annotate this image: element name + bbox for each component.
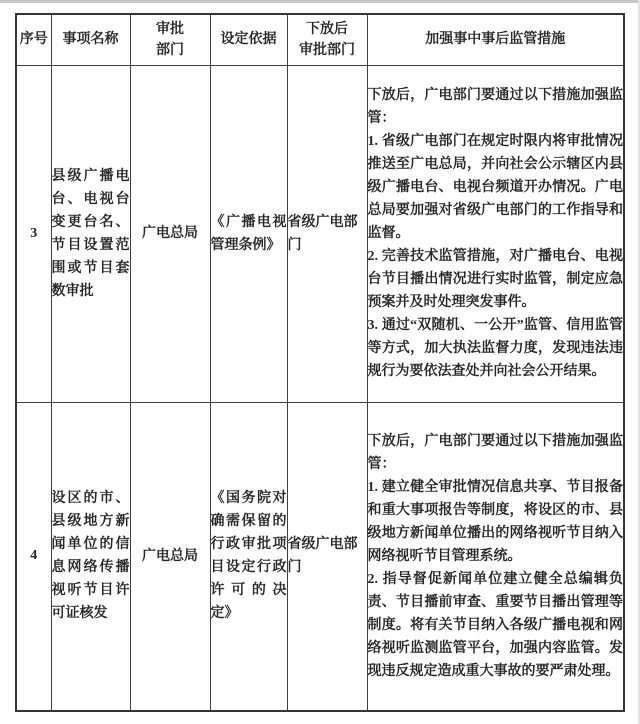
col-header-post-delegation-department: 下放后 审批部门 (287, 14, 367, 65)
table-header-row: 序号 事项名称 审批 部门 设定依据 下放后 审批部门 加强事中事后监管措施 (16, 14, 624, 65)
post-delegation-department-cell: 省级广电部门 (287, 65, 367, 402)
supervision-measures-cell: 下放后，广电部门要通过以下措施加强监管： 1. 省级广电部门在规定时限内将审批情… (367, 65, 624, 402)
measures-item-1: 1. 建立健全审批情况信息共享、节目报备和重大事项报告等制度，将设区的市、县级地… (368, 476, 624, 568)
scan-top-edge (0, 0, 640, 3)
col-header-supervision-measures: 加强事中事后监管措施 (367, 14, 624, 65)
item-name-cell: 县级广播电台、电视台变更台名、节目设置范围或节目套数审批 (51, 65, 130, 402)
measures-item-2: 2. 指导督促新闻单位建立健全总编辑负责、节目播前审查、重要节目播出管理等制度。… (368, 568, 624, 683)
post-delegation-department-cell: 省级广电部门 (287, 402, 367, 711)
col-header-index: 序号 (16, 14, 51, 65)
table-row: 3 县级广播电台、电视台变更台名、节目设置范围或节目套数审批 广电总局 《广播电… (16, 65, 624, 402)
col-header-item-name: 事项名称 (51, 14, 130, 65)
col-header-approval-department: 审批 部门 (130, 14, 210, 65)
supervision-measures-cell: 下放后，广电部门要通过以下措施加强监管： 1. 建立健全审批情况信息共享、节目报… (367, 402, 624, 711)
approval-department-cell: 广电总局 (130, 402, 210, 711)
item-name-cell: 设区的市、县级地方新闻单位的信息网络传播视听节目许可证核发 (51, 402, 130, 711)
measures-intro: 下放后，广电部门要通过以下措施加强监管： (368, 84, 624, 130)
row-index: 3 (16, 65, 51, 402)
measures-item-1: 1. 省级广电部门在规定时限内将审批情况推送至广电总局，并向社会公示辖区内县级广… (368, 130, 624, 245)
measures-intro: 下放后，广电部门要通过以下措施加强监管： (368, 430, 624, 476)
legal-basis-cell: 《国务院对确需保留的行政审批项目设定行政许可的决定》 (210, 402, 287, 711)
supervision-measures-table: 序号 事项名称 审批 部门 设定依据 下放后 审批部门 加强事中事后监管措施 3… (15, 13, 625, 712)
approval-department-cell: 广电总局 (130, 65, 210, 402)
measures-item-3: 3. 通过“双随机、一公开”监管、信用监管等方式，加大执法监督力度，发现违法违规… (368, 314, 624, 383)
row-index: 4 (16, 402, 51, 711)
measures-item-2: 2. 完善技术监管措施，对广播电台、电视台节目播出情况进行实时监管，制定应急预案… (368, 245, 624, 314)
legal-basis-cell: 《广播电视管理条例》 (210, 65, 287, 402)
col-header-legal-basis: 设定依据 (210, 14, 287, 65)
table-row: 4 设区的市、县级地方新闻单位的信息网络传播视听节目许可证核发 广电总局 《国务… (16, 402, 624, 711)
